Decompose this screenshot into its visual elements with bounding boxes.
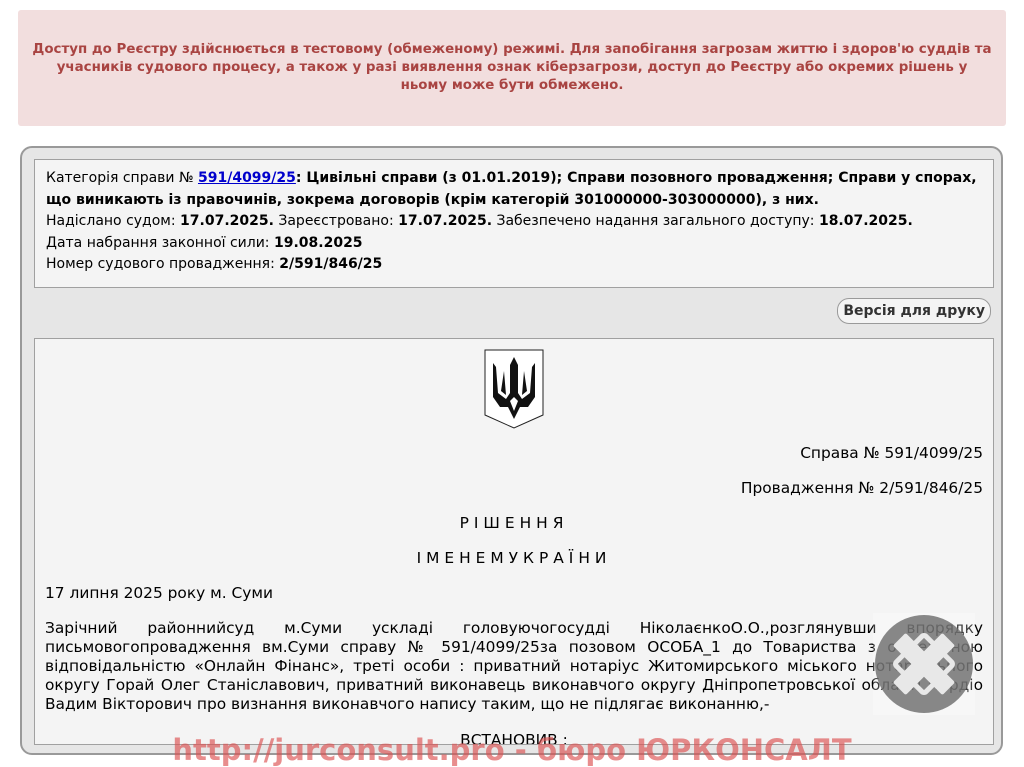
registered-label: Зареєстровано: [274,213,398,229]
registry-access-notice: Доступ до Реєстру здійснюється в тестово… [18,10,1006,126]
decision-subtitle: ІМЕНЕМУКРАЇНИ [35,549,993,567]
registered-value: 17.07.2025. [398,213,492,229]
coat-of-arms-icon [484,349,544,429]
grid-cross-icon [875,615,973,713]
decision-date-place: 17 липня 2025 року м. Суми [45,584,273,602]
decision-title: РІШЕННЯ [35,514,993,532]
dates-line: Надіслано судом: 17.07.2025. Зареєстрова… [46,211,982,233]
case-info-panel: Категорія справи № 591/4099/25: Цивільні… [34,159,994,288]
case-number-heading: Справа № 591/4099/25 [800,444,983,462]
sent-label: Надіслано судом: [46,213,180,229]
proceeding-label: Номер судового провадження: [46,256,279,272]
sent-value: 17.07.2025. [180,213,274,229]
case-number-link[interactable]: 591/4099/25 [198,170,296,186]
effective-label: Дата набрання законної сили: [46,235,274,251]
decision-frame: Категорія справи № 591/4099/25: Цивільні… [20,146,1003,755]
category-label: Категорія справи № [46,170,198,186]
access-label: Забезпечено надання загального доступу: [492,213,819,229]
effective-date-line: Дата набрання законної сили: 19.08.2025 [46,233,982,255]
notice-text: Доступ до Реєстру здійснюється в тестово… [32,41,992,95]
decision-paragraph: Зарічний районнийсуд м.Суми ускладі голо… [45,619,983,714]
proceeding-number-line: Номер судового провадження: 2/591/846/25 [46,254,982,276]
site-watermark: http://jurconsult.pro - бюро ЮРКОНСАЛТ [0,733,1024,767]
proceeding-value: 2/591/846/25 [279,256,382,272]
effective-value: 19.08.2025 [274,235,363,251]
access-value: 18.07.2025. [819,213,913,229]
category-line: Категорія справи № 591/4099/25: Цивільні… [46,168,982,211]
decision-document: Справа № 591/4099/25 Провадження № 2/591… [34,338,994,745]
print-version-button[interactable]: Версія для друку [837,298,991,324]
proceeding-number-heading: Провадження № 2/591/846/25 [741,479,983,497]
overlay-badge-icon[interactable] [875,615,973,713]
